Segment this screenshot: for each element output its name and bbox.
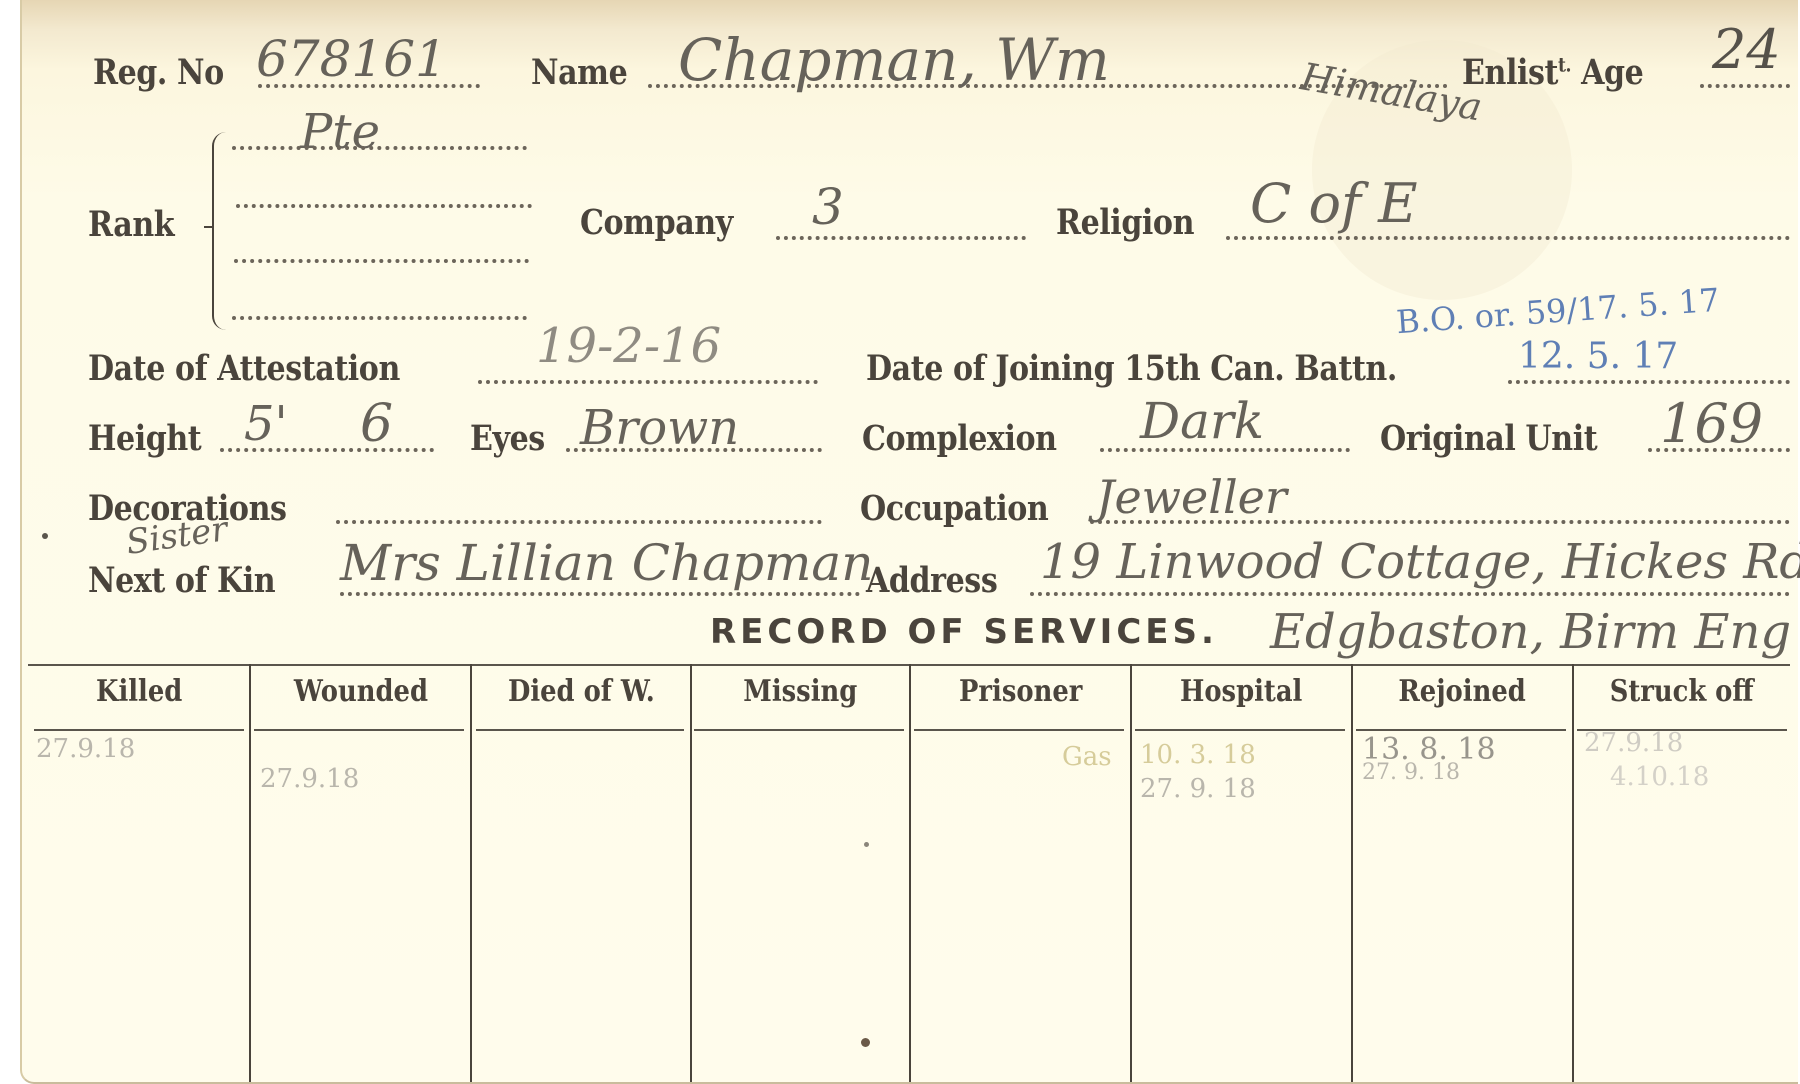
occupation-value: Jeweller: [1096, 470, 1287, 524]
header-underline: [914, 729, 1124, 731]
column-divider: [909, 664, 911, 1082]
date-of-attestation-label: Date of Attestation: [88, 348, 400, 389]
reg-no-value: 678161: [256, 30, 447, 88]
column-divider: [1572, 664, 1574, 1082]
eyes-value: Brown: [580, 400, 739, 456]
column-divider: [1130, 664, 1132, 1082]
complexion-value: Dark: [1140, 392, 1264, 450]
date-of-joining-value: 12. 5. 17: [1518, 336, 1678, 377]
ink-speck: [42, 533, 48, 539]
enlist-label-sup: t.: [1558, 52, 1571, 76]
address-line-2: Edgbaston, Birm Eng: [1270, 604, 1791, 660]
enlist-age-dots: [1700, 84, 1790, 88]
hospital-entry-1: 10. 3. 18: [1140, 740, 1256, 770]
enlist-age-value: 24: [1712, 18, 1781, 81]
column-header-label: Prisoner: [959, 674, 1082, 709]
rank-dots-2: [236, 204, 532, 208]
paper-speck: [864, 842, 869, 847]
next-of-kin-value: Mrs Lillian Chapman: [340, 534, 873, 592]
rank-dots-4: [232, 316, 527, 320]
address-dots: [1030, 592, 1790, 596]
struck-off-entry-2: 4.10.18: [1610, 762, 1709, 792]
decorations-dots: [336, 520, 822, 524]
date-of-attestation-value: 19-2-16: [536, 318, 721, 374]
column-header-struck-off: Struck off: [1574, 674, 1790, 714]
religion-dots: [1226, 236, 1790, 240]
age-label-text: Age: [1571, 52, 1643, 93]
name-value: Chapman, Wm: [678, 26, 1110, 94]
company-value: 3: [812, 178, 844, 236]
attestation-dots: [478, 380, 818, 384]
column-divider: [1351, 664, 1353, 1082]
occupation-label: Occupation: [860, 488, 1048, 529]
enlist-age-label: Enlistt. Age: [1462, 52, 1643, 93]
column-divider: [249, 664, 251, 1082]
company-dots: [776, 236, 1026, 240]
height-feet-value: 5': [244, 396, 288, 452]
original-unit-label: Original Unit: [1380, 418, 1597, 459]
joining-dots: [1508, 380, 1790, 384]
killed-entry: 27.9.18: [36, 734, 135, 764]
company-label: Company: [580, 202, 733, 243]
next-of-kin-dots: [340, 592, 860, 596]
height-label: Height: [88, 418, 201, 459]
eyes-label: Eyes: [470, 418, 545, 459]
header-underline: [694, 729, 904, 731]
header-underline: [254, 729, 464, 731]
rank-brace: [212, 132, 232, 330]
column-header-label: Hospital: [1180, 674, 1302, 709]
religion-value: C of E: [1250, 172, 1418, 235]
column-header-label: Missing: [743, 674, 857, 709]
column-divider: [690, 664, 692, 1082]
column-header-hospital: Hospital: [1132, 674, 1351, 714]
column-header-rejoined: Rejoined: [1353, 674, 1572, 714]
column-header-wounded: Wounded: [251, 674, 470, 714]
column-header-prisoner: Prisoner: [911, 674, 1130, 714]
name-label: Name: [531, 52, 627, 93]
header-underline: [1135, 729, 1345, 731]
next-of-kin-label: Next of Kin: [88, 560, 275, 601]
complexion-label: Complexion: [862, 418, 1057, 459]
prisoner-entry: Gas: [1062, 742, 1112, 772]
header-underline: [34, 729, 244, 731]
address-line-1: 19 Linwood Cottage, Hickes Rd: [1040, 534, 1800, 590]
reg-no-label: Reg. No: [93, 52, 224, 93]
rank-value: Pte: [300, 104, 380, 160]
height-inches-value: 6: [360, 394, 393, 454]
address-label: Address: [866, 560, 997, 601]
rejoined-entry-2: 27. 9. 18: [1362, 760, 1460, 785]
struck-off-entry-1: 27.9.18: [1584, 728, 1683, 758]
record-of-services-title: RECORD OF SERVICES.: [710, 612, 1218, 652]
original-unit-value: 169: [1660, 392, 1763, 455]
column-header-died-of-wounds: Died of W.: [472, 674, 690, 714]
rank-label: Rank: [88, 204, 174, 245]
column-divider: [470, 664, 472, 1082]
rank-dots-3: [234, 259, 529, 263]
date-of-joining-label: Date of Joining 15th Can. Battn.: [866, 348, 1397, 389]
column-header-label: Rejoined: [1399, 674, 1526, 709]
enlist-label-text: Enlist: [1462, 52, 1558, 93]
hospital-entry-2: 27. 9. 18: [1140, 774, 1256, 804]
rank-brace-tip: [204, 226, 214, 228]
column-header-label: Killed: [96, 674, 182, 709]
rank-dots-1: [232, 146, 527, 150]
column-header-label: Wounded: [293, 674, 427, 709]
paper-speck: [861, 1038, 870, 1047]
column-header-killed: Killed: [30, 674, 249, 714]
header-underline: [476, 729, 684, 731]
column-header-missing: Missing: [692, 674, 909, 714]
wounded-entry: 27.9.18: [260, 764, 359, 794]
religion-label: Religion: [1056, 202, 1194, 243]
column-header-label: Struck off: [1610, 674, 1754, 709]
column-header-label: Died of W.: [508, 674, 655, 709]
header-underline: [1356, 729, 1566, 731]
